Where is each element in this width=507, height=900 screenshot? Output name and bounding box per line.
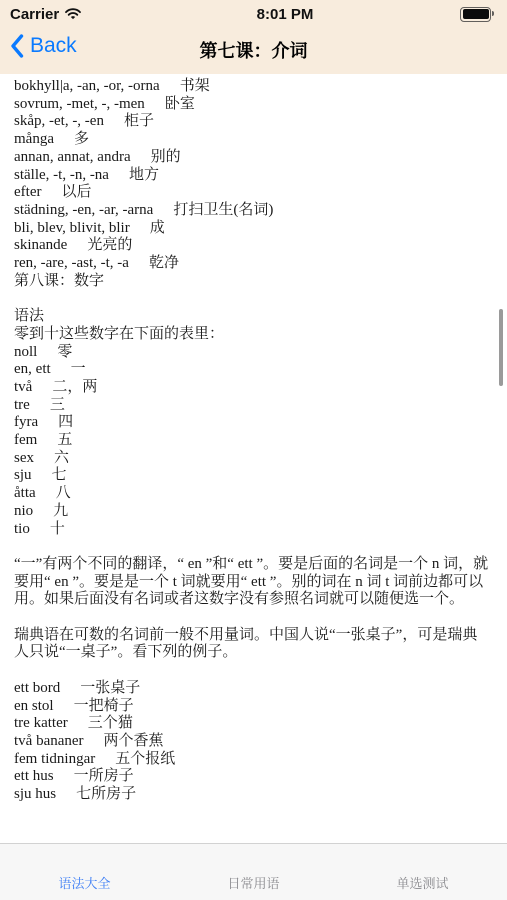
example-row: tre katter三个猫 [14, 715, 491, 733]
scrollbar[interactable] [499, 309, 503, 386]
nav-bar: Back 第七课：介词 [0, 26, 507, 74]
grammar-paragraph-2: 瑞典语在可数的名词前一般不用量词。中国人说“一张桌子”，可是瑞典人只说“一桌子”… [14, 627, 491, 662]
example-row: fem tidningar五个报纸 [14, 751, 491, 769]
grammar-paragraph-1: “一”有两个不同的翻译，“ en ”和“ ett ”。要是后面的名词是一个 n … [14, 556, 491, 609]
number-row: en, ett一 [14, 361, 491, 379]
number-row: två二，两 [14, 379, 491, 397]
vocab-row: ren, -are, -ast, -t, -a乾净 [14, 255, 491, 273]
wifi-icon [64, 7, 82, 21]
vocab-row: bokhyll|a, -an, -or, -orna书架 [14, 78, 491, 96]
number-row: sex六 [14, 450, 491, 468]
status-time: 8:01 PM [110, 6, 460, 23]
status-bar: Carrier 8:01 PM [0, 0, 507, 26]
vocab-list-lesson7: bokhyll|a, -an, -or, -orna书架 sovrum, -me… [14, 78, 491, 290]
example-row: ett bord一张桌子 [14, 680, 491, 698]
vocab-row: bli, blev, blivit, blir成 [14, 220, 491, 238]
number-row: fem五 [14, 432, 491, 450]
lesson-content: bokhyll|a, -an, -or, -orna书架 sovrum, -me… [0, 74, 507, 843]
numbers-section: 语法 零到十这些数字在下面的表里： noll零 en, ett一 två二，两 … [14, 308, 491, 538]
tab-bar: 语法大全 日常用语 单选测试 [0, 843, 507, 900]
page-title: 第七课：介词 [0, 37, 507, 63]
vocab-row: många多 [14, 131, 491, 149]
number-row: tre三 [14, 397, 491, 415]
lesson8-heading: 第八课：数字 [14, 273, 491, 291]
app-screen: Carrier 8:01 PM Back 第七课：介词 [0, 0, 507, 900]
vocab-row: skåp, -et, -, -en柜子 [14, 113, 491, 131]
example-row: en stol一把椅子 [14, 698, 491, 716]
vocab-row: efter以后 [14, 184, 491, 202]
examples-list: ett bord一张桌子 en stol一把椅子 tre katter三个猫 t… [14, 680, 491, 804]
tab-grammar[interactable]: 语法大全 [0, 844, 169, 900]
example-row: sju hus七所房子 [14, 786, 491, 804]
top-chrome: Carrier 8:01 PM Back 第七课：介词 [0, 0, 507, 74]
vocab-row: annan, annat, andra别的 [14, 149, 491, 167]
vocab-row: skinande光亮的 [14, 237, 491, 255]
tab-daily-phrases[interactable]: 日常用语 [169, 844, 338, 900]
number-row: sju七 [14, 467, 491, 485]
number-row: noll零 [14, 344, 491, 362]
grammar-heading: 语法 [14, 308, 491, 326]
number-row: fyra四 [14, 414, 491, 432]
number-row: åtta八 [14, 485, 491, 503]
carrier-label: Carrier [10, 6, 59, 23]
vocab-row: städning, -en, -ar, -arna打扫卫生(名词) [14, 202, 491, 220]
number-row: nio九 [14, 503, 491, 521]
vocab-row: ställe, -t, -n, -na地方 [14, 167, 491, 185]
tab-quiz[interactable]: 单选测试 [338, 844, 507, 900]
numbers-intro: 零到十这些数字在下面的表里： [14, 326, 491, 344]
number-row: tio十 [14, 521, 491, 539]
example-row: två bananer两个香蕉 [14, 733, 491, 751]
example-row: ett hus一所房子 [14, 768, 491, 786]
battery-icon [460, 7, 491, 22]
vocab-row: sovrum, -met, -, -men卧室 [14, 96, 491, 114]
